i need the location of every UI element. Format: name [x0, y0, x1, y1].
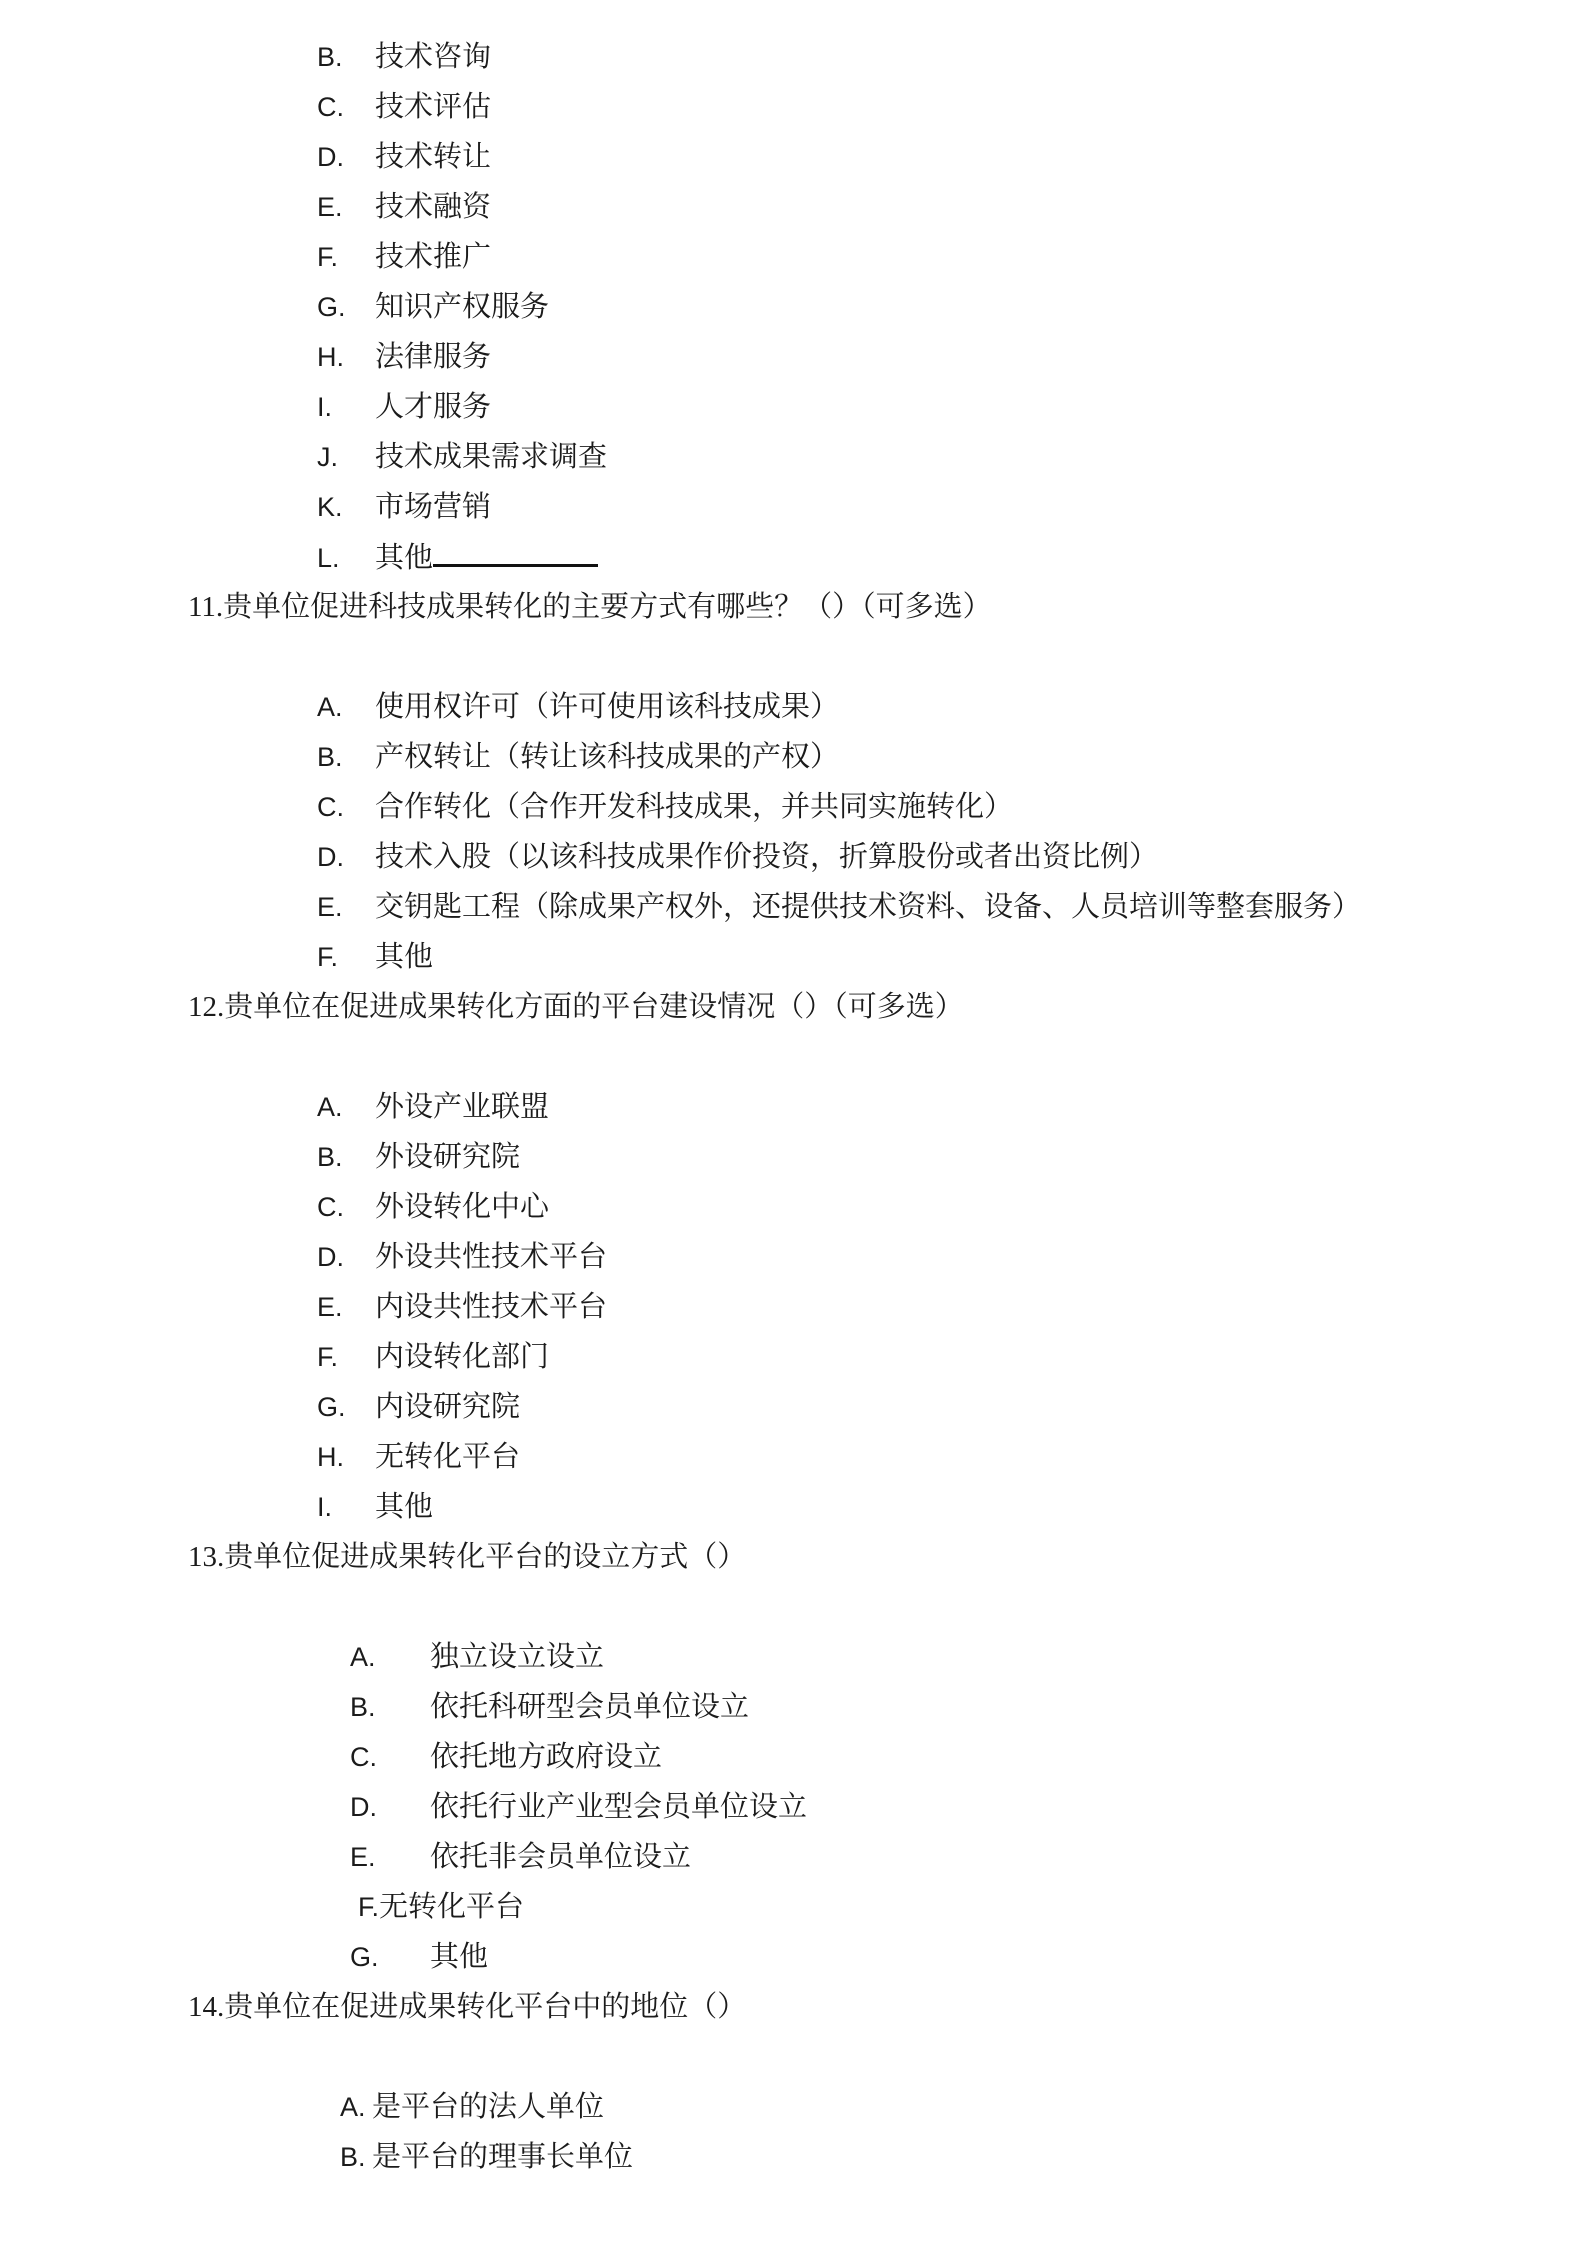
option-line: D.外设共性技术平台: [0, 1232, 1587, 1282]
option-text: 依托行业产业型会员单位设立: [430, 1791, 807, 1823]
option-letter: G.: [317, 1382, 375, 1432]
option-text: 技术咨询: [375, 41, 491, 73]
option-letter: D.: [317, 1232, 375, 1282]
question-line: 12.贵单位在促进成果转化方面的平台建设情况（）（可多选）: [0, 982, 1587, 1032]
option-line: E.内设共性技术平台: [0, 1282, 1587, 1332]
option-letter: K.: [317, 482, 375, 532]
option-text: 依托地方政府设立: [430, 1741, 662, 1773]
option-letter: F.: [317, 932, 375, 982]
option-text: 独立设立设立: [430, 1641, 604, 1673]
option-text: 使用权许可（许可使用该科技成果）: [375, 691, 839, 723]
option-text: 内设研究院: [375, 1391, 520, 1423]
option-text: 知识产权服务: [375, 291, 549, 323]
option-line: B.产权转让（转让该科技成果的产权）: [0, 732, 1587, 782]
question-line: 14.贵单位在促进成果转化平台中的地位（）: [0, 1982, 1587, 2032]
option-line: D.技术转让: [0, 132, 1587, 182]
option-line: A.使用权许可（许可使用该科技成果）: [0, 682, 1587, 732]
option-line: B.是平台的理事长单位: [0, 2132, 1587, 2182]
option-line: F.其他: [0, 932, 1587, 982]
option-letter: F.: [317, 1332, 375, 1382]
option-letter: H.: [317, 1432, 375, 1482]
option-letter: A.: [350, 1632, 430, 1682]
option-line: K.市场营销: [0, 482, 1587, 532]
option-text: 其他: [375, 542, 433, 574]
option-line: B.技术咨询: [0, 32, 1587, 82]
option-line: F.技术推广: [0, 232, 1587, 282]
option-line: C.依托地方政府设立: [0, 1732, 1587, 1782]
option-line: D.依托行业产业型会员单位设立: [0, 1782, 1587, 1832]
option-text: 外设产业联盟: [375, 1091, 549, 1123]
option-letter: F.: [358, 1882, 379, 1932]
option-text: 外设转化中心: [375, 1191, 549, 1223]
option-text: 无转化平台: [375, 1441, 520, 1473]
option-letter: I.: [317, 382, 375, 432]
option-text: 交钥匙工程（除成果产权外，还提供技术资料、设备、人员培训等整套服务）: [375, 891, 1361, 923]
option-letter: C.: [317, 1182, 375, 1232]
option-letter: B.: [340, 2132, 372, 2182]
option-letter: G.: [350, 1932, 430, 1982]
option-letter: C.: [317, 782, 375, 832]
option-text: 其他: [430, 1941, 488, 1973]
option-letter: D.: [317, 132, 375, 182]
option-letter: H.: [317, 332, 375, 382]
option-line: J.技术成果需求调查: [0, 432, 1587, 482]
spacer-line: [0, 1032, 1587, 1082]
option-line: B.外设研究院: [0, 1132, 1587, 1182]
option-text: 技术成果需求调查: [375, 441, 607, 473]
option-text: 法律服务: [375, 341, 491, 373]
option-line: E.交钥匙工程（除成果产权外，还提供技术资料、设备、人员培训等整套服务）: [0, 882, 1587, 932]
option-text: 内设共性技术平台: [375, 1291, 607, 1323]
option-text: 技术融资: [375, 191, 491, 223]
option-line: A.是平台的法人单位: [0, 2082, 1587, 2132]
option-letter: A.: [317, 682, 375, 732]
question-line: 13.贵单位促进成果转化平台的设立方式（）: [0, 1532, 1587, 1582]
option-letter: J.: [317, 432, 375, 482]
option-text: 依托非会员单位设立: [430, 1841, 691, 1873]
spacer-line: [0, 632, 1587, 682]
option-line: I.其他: [0, 1482, 1587, 1532]
option-letter: C.: [350, 1732, 430, 1782]
option-line: F.内设转化部门: [0, 1332, 1587, 1382]
option-letter: E.: [317, 182, 375, 232]
option-line: C.技术评估: [0, 82, 1587, 132]
option-letter: A.: [317, 1082, 375, 1132]
option-text: 内设转化部门: [375, 1341, 549, 1373]
option-text: 是平台的法人单位: [372, 2091, 604, 2123]
option-letter: E.: [317, 882, 375, 932]
option-line: H.无转化平台: [0, 1432, 1587, 1482]
option-line: E.依托非会员单位设立: [0, 1832, 1587, 1882]
option-line: C.合作转化（合作开发科技成果，并共同实施转化）: [0, 782, 1587, 832]
option-text: 其他: [375, 941, 433, 973]
option-text: 产权转让（转让该科技成果的产权）: [375, 741, 839, 773]
questionnaire-page: B.技术咨询C.技术评估D.技术转让E.技术融资F.技术推广G.知识产权服务H.…: [0, 0, 1587, 2245]
option-text: 技术转让: [375, 141, 491, 173]
option-letter: B.: [317, 1132, 375, 1182]
option-text: 技术评估: [375, 91, 491, 123]
option-letter: F.: [317, 232, 375, 282]
option-letter: A.: [340, 2082, 372, 2132]
option-letter: C.: [317, 82, 375, 132]
option-line: G.内设研究院: [0, 1382, 1587, 1432]
option-letter: B.: [317, 732, 375, 782]
option-text: 外设共性技术平台: [375, 1241, 607, 1273]
spacer-line: [0, 2032, 1587, 2082]
option-line: G.其他: [0, 1932, 1587, 1982]
option-letter: D.: [317, 832, 375, 882]
option-text: 人才服务: [375, 391, 491, 423]
option-text: 市场营销: [375, 491, 491, 523]
option-letter: E.: [317, 1282, 375, 1332]
option-line: A.独立设立设立: [0, 1632, 1587, 1682]
option-line: E.技术融资: [0, 182, 1587, 232]
option-letter: L.: [317, 533, 375, 583]
option-line: I.人才服务: [0, 382, 1587, 432]
option-line: D.技术入股（以该科技成果作价投资，折算股份或者出资比例）: [0, 832, 1587, 882]
fill-in-blank-line: [433, 532, 598, 567]
option-letter: B.: [317, 32, 375, 82]
option-text: 技术入股（以该科技成果作价投资，折算股份或者出资比例）: [375, 841, 1158, 873]
question-line: 11.贵单位促进科技成果转化的主要方式有哪些？（）（可多选）: [0, 582, 1587, 632]
option-line: H.法律服务: [0, 332, 1587, 382]
option-line: G.知识产权服务: [0, 282, 1587, 332]
option-text: 其他: [375, 1491, 433, 1523]
option-text: 依托科研型会员单位设立: [430, 1691, 749, 1723]
option-text: 是平台的理事长单位: [372, 2141, 633, 2173]
option-line: C.外设转化中心: [0, 1182, 1587, 1232]
option-line: L.其他: [0, 532, 1587, 582]
option-line: B.依托科研型会员单位设立: [0, 1682, 1587, 1732]
spacer-line: [0, 1582, 1587, 1632]
option-text: 外设研究院: [375, 1141, 520, 1173]
option-text: 合作转化（合作开发科技成果，并共同实施转化）: [375, 791, 1013, 823]
option-letter: B.: [350, 1682, 430, 1732]
option-line: A.外设产业联盟: [0, 1082, 1587, 1132]
document-body: B.技术咨询C.技术评估D.技术转让E.技术融资F.技术推广G.知识产权服务H.…: [0, 32, 1587, 2182]
option-line: F.无转化平台: [0, 1882, 1587, 1932]
option-text: 技术推广: [375, 241, 491, 273]
option-letter: G.: [317, 282, 375, 332]
option-letter: I.: [317, 1482, 375, 1532]
option-letter: D.: [350, 1782, 430, 1832]
option-text: 无转化平台: [379, 1891, 524, 1923]
option-letter: E.: [350, 1832, 430, 1882]
